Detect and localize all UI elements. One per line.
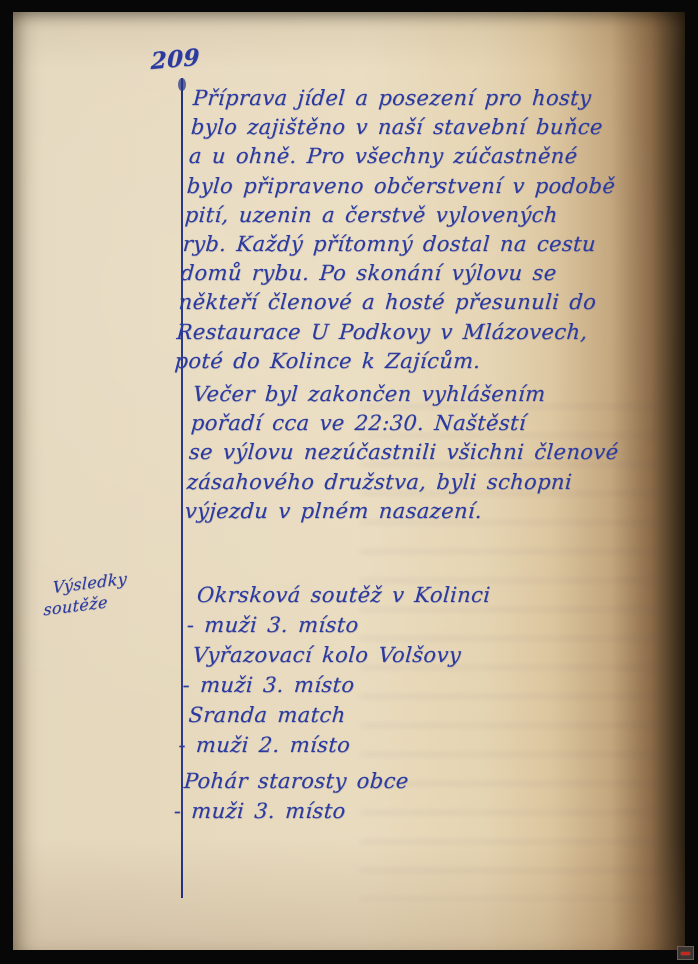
- handwritten-line: bylo zajištěno v naší stavební buňce: [190, 113, 620, 142]
- result-item: Vyřazovací kolo Volšovy - muži 3. místo: [182, 640, 488, 700]
- red-dash-badge-icon: [677, 946, 694, 960]
- handwritten-line: se výlovu nezúčastnili všichni členové: [188, 438, 620, 467]
- handwritten-line: pití, uzenin a čerstvě vylovených: [184, 201, 614, 230]
- result-item: Okrsková soutěž v Kolinci - muži 3. míst…: [186, 580, 492, 640]
- event-name: Sranda match: [180, 700, 484, 730]
- paragraph-evening: Večer byl zakončen vyhlášením pořadí cca…: [184, 380, 624, 526]
- result-item: Pohár starosty obce - muži 3. místo: [173, 766, 479, 826]
- handwritten-line: Příprava jídel a posezení pro hosty: [192, 84, 622, 113]
- red-dash: [681, 952, 690, 955]
- handwritten-line: výjezdu v plném nasazení.: [184, 497, 616, 526]
- handwritten-line: poté do Kolince k Zajícům.: [174, 347, 604, 376]
- handwritten-line: domů rybu. Po skonání výlovu se: [180, 259, 610, 288]
- result-item: Sranda match - muži 2. místo: [177, 700, 483, 760]
- event-placement: - muži 2. místo: [177, 730, 481, 760]
- handwritten-line: Restaurace U Podkovy v Mlázovech,: [176, 318, 606, 347]
- photo-frame: 209 Příprava jídel a posezení pro hosty …: [0, 0, 698, 964]
- paragraph-preparation: Příprava jídel a posezení pro hosty bylo…: [174, 84, 623, 376]
- event-name: Okrsková soutěž v Kolinci: [188, 580, 492, 610]
- event-placement: - muži 3. místo: [182, 670, 486, 700]
- handwritten-line: zásahového družstva, byli schopni: [186, 468, 618, 497]
- handwritten-line: pořadí cca ve 22:30. Naštěstí: [190, 409, 622, 438]
- handwritten-line: a u ohně. Pro všechny zúčastněné: [188, 142, 618, 171]
- event-name: Pohár starosty obce: [175, 766, 479, 796]
- event-placement: - muži 3. místo: [173, 796, 477, 826]
- handwritten-line: ryb. Každý přítomný dostal na cestu: [182, 230, 612, 259]
- competition-results-list: Okrsková soutěž v Kolinci - muži 3. míst…: [173, 580, 492, 826]
- handwritten-line: Večer byl zakončen vyhlášením: [192, 380, 624, 409]
- handwritten-line: někteří členové a hosté přesunuli do: [178, 288, 608, 317]
- handwritten-line: bylo připraveno občerstvení v podobě: [186, 172, 616, 201]
- event-name: Vyřazovací kolo Volšovy: [184, 640, 488, 670]
- event-placement: - muži 3. místo: [186, 610, 490, 640]
- page-number: 209: [151, 44, 201, 75]
